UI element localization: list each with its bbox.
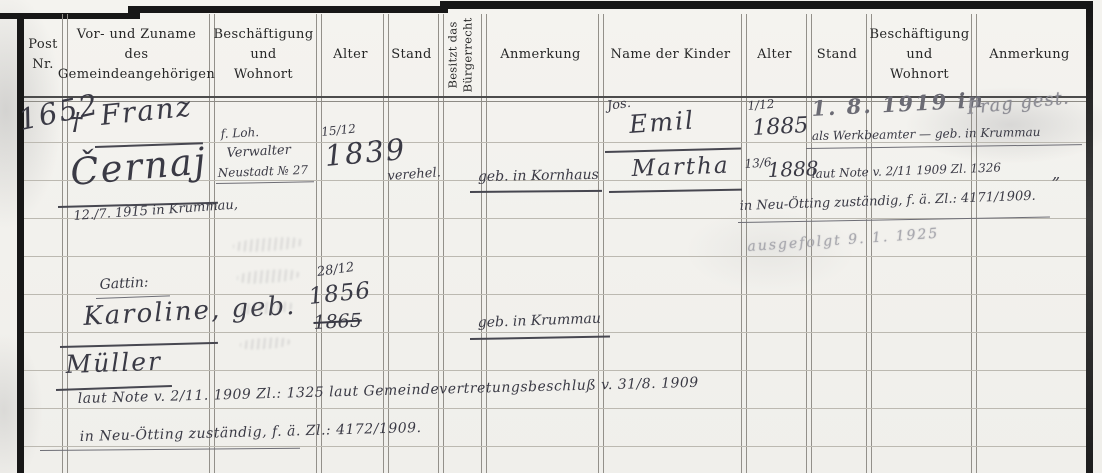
wife-birth-year-struck: 1865 [313,311,362,333]
frame-right [1086,4,1093,473]
child-note-ink-emil: als Werkbeamter — geb. in Krummau [812,126,1041,142]
wife-birth-day: 28/12 [316,261,355,279]
col-header-stand: Stand [385,14,438,96]
ruled-line [24,408,1086,409]
ruled-line [24,370,1086,371]
deceased-cross-mark: † [70,110,83,134]
ditto-mark: „ [1052,166,1060,182]
underline [40,448,300,451]
head-birth-year: 1839 [323,135,407,171]
head-occupation-line2: Verwalter [226,144,291,160]
wife-last-name: Müller [65,349,162,377]
underline [216,181,314,184]
underline [806,144,1082,149]
underline [609,189,742,193]
col-header-kinder: Name der Kinder [600,14,741,96]
col-header-buergerrecht: Besitzt das Bürgerrecht [440,14,481,96]
ruled-line [24,256,1086,257]
child-name-emil: Emil [628,107,696,137]
col-header-name: Vor- und Zuname des Gemeindeangehörigen [64,14,209,96]
wife-anmerkung: geb. in Krummau [478,312,602,330]
underline [605,147,741,152]
head-occupation-line3: Neustadt № 27 [218,164,309,179]
ruled-line [24,332,1086,333]
head-first-name: Franz [99,93,194,130]
frame-left [17,13,24,473]
head-stand: verehel. [387,166,441,183]
faint-pencil-note: ausgefolgt 9. 1. 1925 [747,227,940,254]
pencil-smudge [233,236,304,254]
wife-label: Gattin: [99,275,149,292]
bottom-note-2: in Neu-Ötting zuständig, f. ä. Zl.: 4172… [80,421,422,444]
col-header-buergerrecht-label: Besitzt das Bürgerrecht [446,17,476,92]
col-header-post-nr: Post Nr. [24,14,62,96]
col-header-kinder-stand: Stand [808,14,866,96]
ruled-line [24,294,1086,295]
col-header-kinder-alter: Alter [743,14,806,96]
col-header-occupation: Beschäftigung und Wohnort [211,14,316,96]
col-header-kinder-anmerkung: Anmerkung [973,14,1086,96]
underline [470,190,602,193]
child-birth-day-emil: 1/12 [747,98,775,112]
pencil-smudge [240,336,291,350]
underline [470,336,610,340]
col-header-anmerkung: Anmerkung [483,14,598,96]
ruled-line [24,446,1086,447]
child-name-martha: Martha [631,155,730,181]
register-scan-page: Post Nr. Vor- und Zuname des Gemeindeang… [0,0,1102,473]
child-note-ink-martha-2: in Neu-Ötting zuständig, f. ä. Zl.: 4171… [740,190,1036,213]
head-last-name: Černaj [69,142,209,191]
wife-birth-year: 1856 [308,280,373,309]
frame-top-right [440,1,1093,9]
head-anmerkung: geb. in Kornhaus [478,168,599,184]
col-header-kinder-occupation: Beschäftigung und Wohnort [868,14,971,96]
frame-top-middle [128,6,448,13]
head-occupation-line1: f. Loh. [220,126,259,140]
col-header-alter: Alter [318,14,383,96]
pencil-smudge [237,268,300,285]
child-birth-year-emil: 1885 [752,115,809,140]
